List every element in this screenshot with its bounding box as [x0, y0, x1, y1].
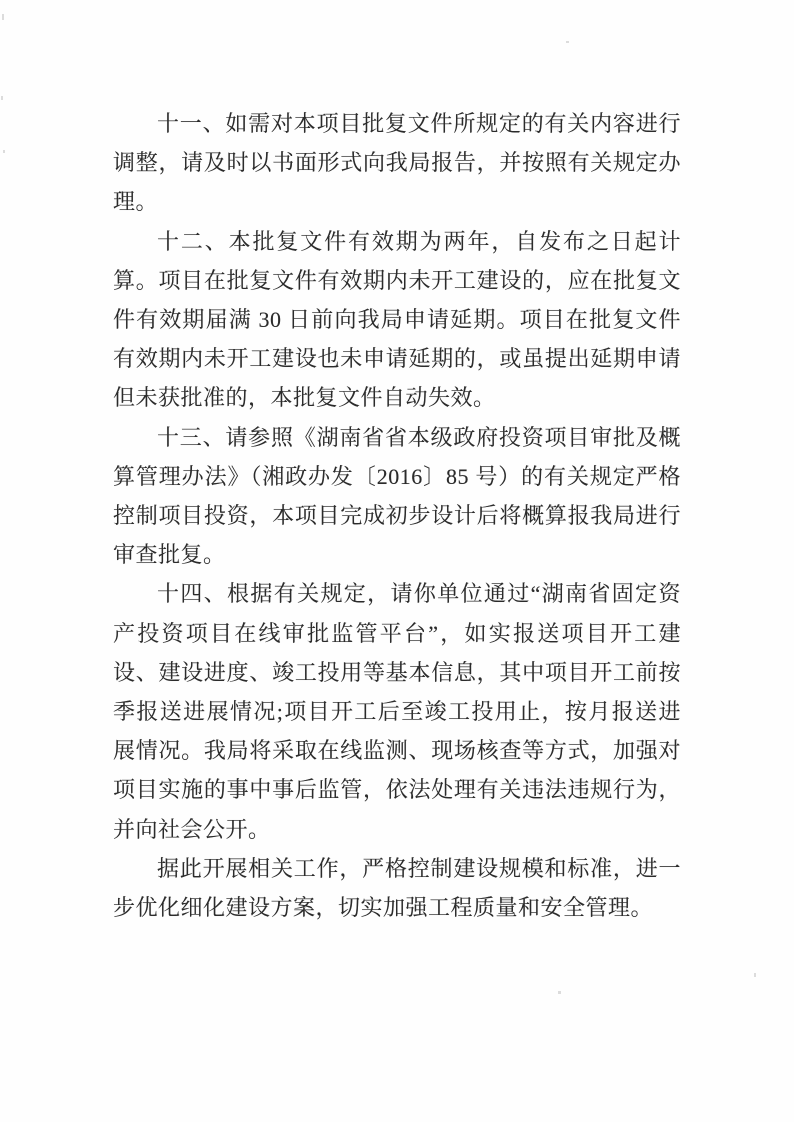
scan-speckle — [558, 991, 561, 994]
scan-speckle — [1, 96, 3, 100]
paragraph-clause-13: 十三、请参照《湖南省省本级政府投资项目审批及概算管理办法》（湘政办发〔2016〕… — [113, 418, 681, 575]
scan-speckle — [3, 150, 5, 153]
paragraph-clause-11: 十一、如需对本项目批复文件所规定的有关内容进行调整，请及时以书面形式向我局报告，… — [113, 104, 681, 222]
paragraph-closing: 据此开展相关工作，严格控制建设规模和标准，进一步优化细化建设方案，切实加强工程质… — [113, 849, 681, 927]
scan-speckle — [754, 973, 756, 977]
paragraph-clause-12: 十二、本批复文件有效期为两年，自发布之日起计算。项目在批复文件有效期内未开工建设… — [113, 222, 681, 418]
scan-speckle — [566, 41, 569, 43]
document-body: 十一、如需对本项目批复文件所规定的有关内容进行调整，请及时以书面形式向我局报告，… — [113, 104, 681, 927]
scan-speckle — [2, 14, 4, 20]
document-page: 十一、如需对本项目批复文件所规定的有关内容进行调整，请及时以书面形式向我局报告，… — [0, 0, 794, 1122]
paragraph-clause-14: 十四、根据有关规定，请你单位通过“湖南省固定资产投资项目在线审批监管平台”，如实… — [113, 574, 681, 848]
